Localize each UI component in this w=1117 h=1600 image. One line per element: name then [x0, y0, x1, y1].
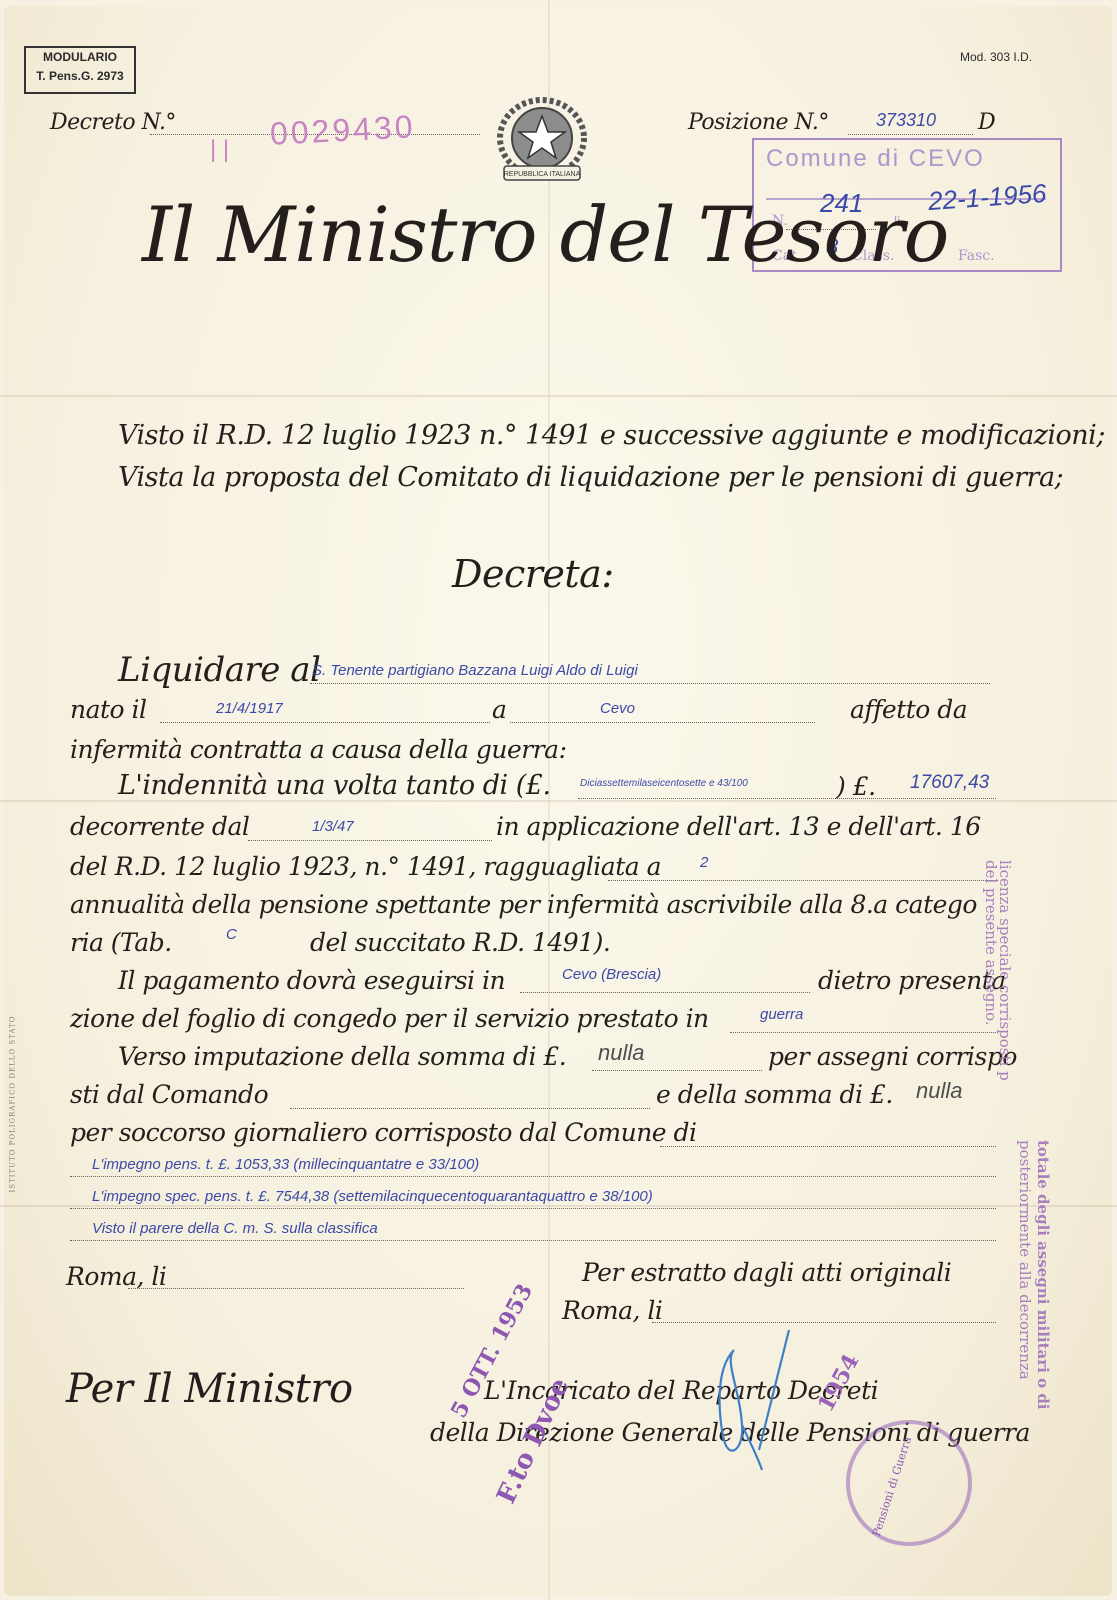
verso-value: nulla	[598, 1040, 644, 1066]
payment-place-line	[520, 992, 810, 993]
rd-text: del R.D. 12 luglio 1923, n.° 1491, raggu…	[70, 852, 661, 881]
comando-label: sti dal Comando	[70, 1080, 268, 1109]
amount-words: Diciassettemilaseicentosette e 43/100	[580, 778, 748, 789]
notes-line	[70, 1176, 996, 1177]
verso-label: Verso imputazione della somma di £.	[118, 1042, 566, 1071]
start-date-value: 1/3/47	[312, 818, 354, 835]
decorrente-label: decorrente dal	[70, 812, 249, 841]
note-2: L'impegno spec. pens. t. £. 7544,38 (set…	[92, 1188, 653, 1205]
note-1: L'impegno pens. t. £. 1053,33 (millecinq…	[92, 1156, 479, 1173]
per-estratto: Per estratto dagli atti originali	[582, 1258, 951, 1287]
tab-label: ria (Tab.	[70, 928, 172, 957]
decreto-mark: | |	[210, 136, 229, 164]
side-stamp-line-3: totale degli assegni militari o di	[1034, 1140, 1052, 1410]
verso-line	[592, 1070, 762, 1071]
side-stamp-line-4: posteriormente alla decorrenza	[1016, 1140, 1034, 1380]
nato-label: nato il	[70, 695, 147, 724]
fold-line	[0, 395, 1117, 397]
posizione-suffix: D	[978, 110, 995, 135]
annualita-text: annualità della pensione spettante per i…	[70, 890, 977, 919]
affetto-label: affetto da	[850, 695, 967, 724]
per-il-ministro: Per Il Ministro	[66, 1366, 353, 1412]
signature-icon	[704, 1330, 814, 1480]
amount-currency: ) £.	[836, 772, 876, 801]
annualita-value: 2	[700, 854, 708, 871]
model-reference: Mod. 303 I.D.	[960, 50, 1032, 64]
posizione-label: Posizione N.°	[688, 110, 829, 135]
applicazione-text: in applicazione dell'art. 13 e dell'art.…	[496, 812, 981, 841]
modulario-line2: T. Pens.G. 2973	[26, 67, 134, 86]
notes-line	[70, 1240, 996, 1241]
decreto-number: 0029430	[269, 108, 416, 153]
comando-line	[290, 1108, 650, 1109]
amount-figures: 17607,43	[910, 772, 989, 794]
decreto-label: Decreto N.°	[50, 110, 176, 135]
soccorso-line	[660, 1146, 996, 1147]
a-label: a	[492, 695, 506, 724]
roma-li-right: Roma, li	[562, 1296, 662, 1325]
indennita-label: L'indennità una volta tanto di (£.	[118, 770, 551, 801]
fold-line	[0, 1205, 1117, 1207]
beneficiary-line	[310, 683, 990, 684]
soccorso-label: per soccorso giornaliero corrisposto dal…	[70, 1118, 697, 1147]
printer-imprint: ISTITUTO POLIGRAFICO DELLO STATO	[9, 1015, 17, 1192]
document-title: Il Ministro del Tesoro	[142, 190, 948, 279]
assegni-label: per assegni corrispo	[768, 1042, 1017, 1071]
birth-place-line	[510, 722, 815, 723]
posizione-value: 373310	[876, 110, 936, 131]
notes-line	[70, 1208, 996, 1209]
congedo-text: zione del foglio di congedo per il servi…	[70, 1004, 709, 1033]
roma-li-left-line	[128, 1288, 464, 1289]
annualita-line	[608, 880, 998, 881]
payment-place-value: Cevo (Brescia)	[562, 966, 661, 983]
start-date-line	[248, 840, 492, 841]
preamble-line-2: Vista la proposta del Comitato di liquid…	[118, 462, 1063, 493]
comune-fasc-label: Fasc.	[958, 248, 995, 264]
birth-place-value: Cevo	[600, 700, 635, 717]
preamble-line-1: Visto il R.D. 12 luglio 1923 n.° 1491 e …	[118, 420, 1105, 451]
liquidare-label: Liquidare al	[118, 650, 320, 690]
roma-li-left: Roma, li	[66, 1262, 166, 1291]
comune-stamp-title: Comune di CEVO	[766, 145, 985, 173]
pagamento-label: Il pagamento dovrà eseguirsi in	[118, 966, 505, 995]
dietro-label: dietro presenta	[818, 966, 1006, 995]
side-stamp-line-2: del presente assegno.	[982, 860, 1000, 1026]
modulario-line1: MODULARIO	[26, 48, 134, 67]
decreta-heading: Decreta:	[452, 552, 614, 596]
amount-line	[578, 798, 996, 799]
tab-suffix: del succitato R.D. 1491).	[310, 928, 610, 957]
somma-label: e della somma di £.	[656, 1080, 893, 1109]
beneficiary-value: S. Tenente partigiano Bazzana Luigi Aldo…	[312, 662, 638, 679]
modulario-box: MODULARIO T. Pens.G. 2973	[24, 46, 136, 94]
infermita-line: infermità contratta a causa della guerra…	[70, 735, 567, 764]
birth-date-value: 21/4/1917	[216, 700, 283, 717]
service-value: guerra	[760, 1006, 803, 1023]
roma-li-right-line	[652, 1322, 996, 1323]
note-3: Visto il parere della C. m. S. sulla cla…	[92, 1220, 378, 1237]
service-line	[730, 1032, 996, 1033]
birth-date-line	[160, 722, 490, 723]
emblem-icon: REPUBBLICA ITALIANA	[492, 96, 592, 186]
svg-text:REPUBBLICA ITALIANA: REPUBBLICA ITALIANA	[504, 171, 581, 178]
tab-value: C	[226, 926, 237, 943]
somma-value: nulla	[916, 1078, 962, 1104]
posizione-dotted-line	[848, 134, 973, 135]
